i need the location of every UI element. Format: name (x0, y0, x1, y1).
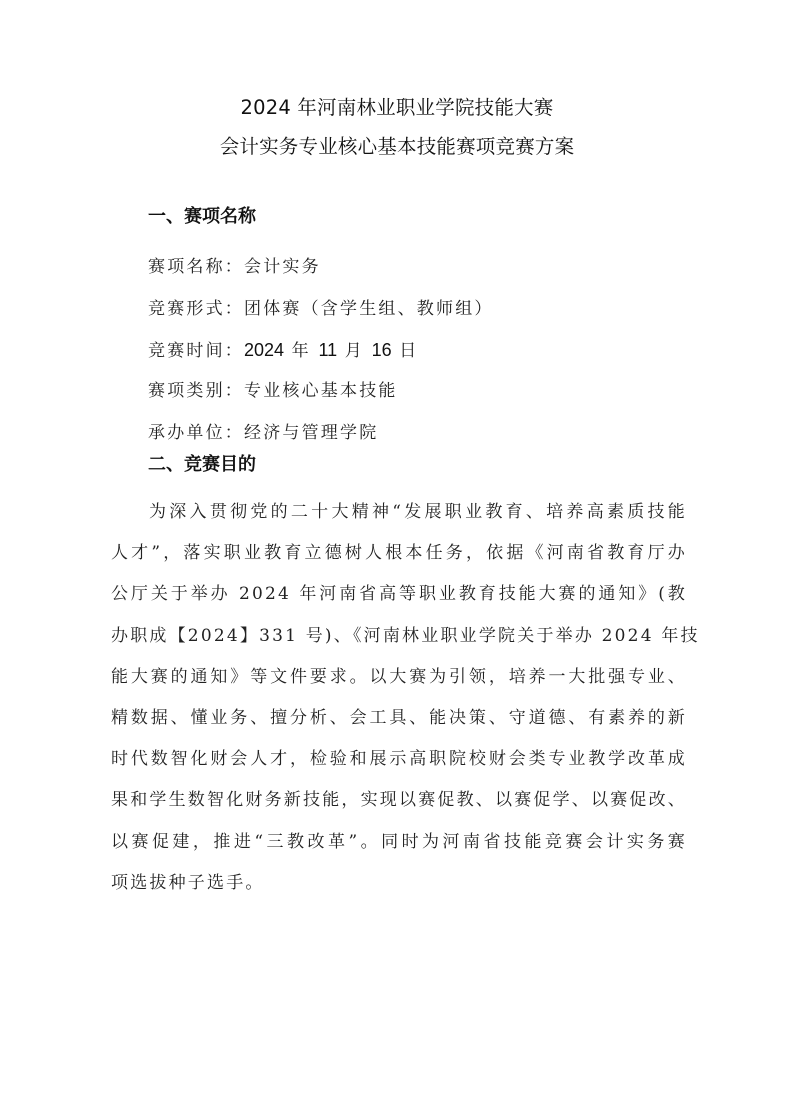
field-label: 竞赛时间： (148, 341, 244, 361)
section2-heading: 二、竞赛目的 (148, 453, 256, 477)
document-title-line2: 会计实务专业核心基本技能赛项竞赛方案 (0, 135, 794, 159)
field-label: 赛项类别： (148, 381, 244, 401)
field-value-day: 16 (372, 340, 392, 360)
field-competition-time: 竞赛时间：2024 年 11 月 16 日 (148, 338, 418, 363)
field-event-name: 赛项名称：会计实务 (148, 255, 321, 279)
field-host-unit: 承办单位：经济与管理学院 (148, 421, 378, 445)
document-title-line1: 2024 年河南林业职业学院技能大赛 (0, 96, 794, 120)
paragraph-line: 以赛促建，推进“三教改革”。同时为河南省技能竞赛会计实务赛 (111, 822, 687, 863)
paragraph-line: 办职成【2024】331 号)、《河南林业职业学院关于举办 2024 年技 (111, 616, 687, 657)
field-value: 团体赛（含学生组、教师组） (244, 299, 494, 319)
field-value-unit: 日 (392, 341, 419, 361)
field-event-category: 赛项类别：专业核心基本技能 (148, 379, 398, 403)
paragraph-line: 人才”，落实职业教育立德树人根本任务，依据《河南省教育厅办 (111, 533, 687, 574)
paragraph-line: 项选拔种子选手。 (111, 863, 687, 904)
section2-paragraph: 为深入贯彻党的二十大精神“发展职业教育、培养高素质技能 人才”，落实职业教育立德… (111, 492, 687, 904)
paragraph-line: 为深入贯彻党的二十大精神“发展职业教育、培养高素质技能 (111, 492, 687, 533)
section1-heading: 一、赛项名称 (148, 205, 256, 229)
field-value-unit: 月 (337, 341, 371, 361)
field-value-month: 11 (318, 340, 337, 360)
field-competition-format: 竞赛形式：团体赛（含学生组、教师组） (148, 297, 494, 321)
paragraph-line: 公厅关于举办 2024 年河南省高等职业教育技能大赛的通知》(教 (111, 574, 687, 615)
field-label: 竞赛形式： (148, 299, 244, 319)
field-value: 专业核心基本技能 (244, 381, 398, 401)
field-value-year: 2024 (244, 340, 284, 360)
field-value: 经济与管理学院 (244, 423, 378, 443)
paragraph-line: 果和学生数智化财务新技能，实现以赛促教、以赛促学、以赛促改、 (111, 780, 687, 821)
field-value: 会计实务 (244, 257, 321, 277)
document-page: 2024 年河南林业职业学院技能大赛 会计实务专业核心基本技能赛项竞赛方案 一、… (0, 0, 794, 1108)
paragraph-line: 精数据、懂业务、擅分析、会工具、能决策、守道德、有素养的新 (111, 698, 687, 739)
paragraph-line: 能大赛的通知》等文件要求。以大赛为引领，培养一大批强专业、 (111, 657, 687, 698)
field-label: 承办单位： (148, 423, 244, 443)
field-label: 赛项名称： (148, 257, 244, 277)
field-value-unit: 年 (284, 341, 318, 361)
paragraph-line: 时代数智化财会人才，检验和展示高职院校财会类专业教学改革成 (111, 739, 687, 780)
